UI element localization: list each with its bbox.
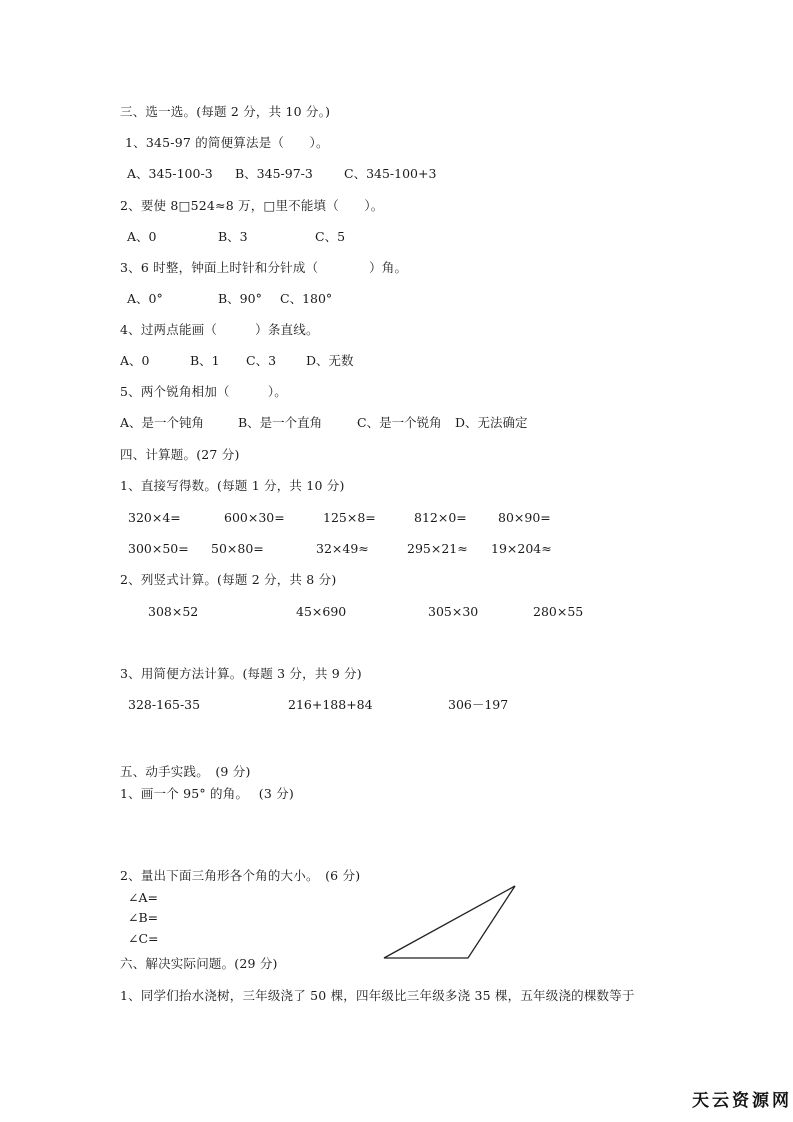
question-3-5: 5、两个锐角相加（ ）。 bbox=[120, 384, 287, 400]
question-3-2: 2、要使 8□524≈8 万，□里不能填（ ）。 bbox=[120, 198, 384, 214]
question-3-1: 1、345-97 的简便算法是（ ）。 bbox=[125, 135, 329, 151]
section4-part3-title: 3、用简便方法计算。(每题 3 分，共 9 分) bbox=[120, 666, 362, 682]
option-3-4-a: A、0 bbox=[120, 353, 149, 369]
option-3-2-c: C、5 bbox=[315, 229, 345, 245]
mental-math-item: 812×0= bbox=[414, 510, 467, 526]
section5-question-1: 1、画一个 95° 的角。 (3 分) bbox=[120, 786, 294, 802]
option-3-3-c: C、180° bbox=[280, 291, 332, 307]
mental-math-item: 600×30= bbox=[224, 510, 285, 526]
simplified-calc-item: 328-165-35 bbox=[128, 697, 200, 713]
option-3-5-c: C、是一个锐角 bbox=[357, 415, 442, 431]
vertical-calc-item: 305×30 bbox=[428, 604, 478, 620]
mental-math-item: 295×21≈ bbox=[407, 541, 468, 557]
section5-heading: 五、动手实践。 (9 分) bbox=[120, 764, 251, 780]
option-3-1-b: B、345-97-3 bbox=[235, 166, 313, 182]
section4-part1-title: 1、直接写得数。(每题 1 分，共 10 分) bbox=[120, 478, 345, 494]
angle-c-label: ∠C= bbox=[128, 931, 159, 947]
section4-part2-title: 2、列竖式计算。(每题 2 分，共 8 分) bbox=[120, 572, 336, 588]
option-3-4-c: C、3 bbox=[246, 353, 276, 369]
simplified-calc-item: 216+188+84 bbox=[288, 697, 373, 713]
angle-a-label: ∠A= bbox=[128, 890, 158, 906]
mental-math-item: 300×50= bbox=[128, 541, 189, 557]
watermark-logo: 天云资源网 bbox=[692, 1086, 792, 1111]
option-3-3-a: A、0° bbox=[127, 291, 163, 307]
option-3-1-a: A、345-100-3 bbox=[127, 166, 213, 182]
vertical-calc-item: 308×52 bbox=[148, 604, 198, 620]
option-3-3-b: B、90° bbox=[218, 291, 262, 307]
question-3-3: 3、6 时整，钟面上时针和分针成（ ）角。 bbox=[120, 260, 407, 276]
option-3-4-d: D、无数 bbox=[306, 353, 354, 369]
option-3-1-c: C、345-100+3 bbox=[344, 166, 436, 182]
mental-math-item: 19×204≈ bbox=[491, 541, 552, 557]
option-3-5-d: D、无法确定 bbox=[455, 415, 528, 431]
option-3-5-a: A、是一个钝角 bbox=[120, 415, 204, 431]
mental-math-item: 50×80= bbox=[211, 541, 264, 557]
section6-question-1: 1、同学们抬水浇树，三年级浇了 50 棵，四年级比三年级多浇 35 棵，五年级浇… bbox=[120, 988, 635, 1004]
angle-b-label: ∠B= bbox=[128, 910, 158, 926]
vertical-calc-item: 45×690 bbox=[296, 604, 346, 620]
mental-math-item: 320×4= bbox=[128, 510, 181, 526]
mental-math-item: 32×49≈ bbox=[316, 541, 369, 557]
section6-heading: 六、解决实际问题。(29 分) bbox=[120, 956, 278, 972]
mental-math-item: 80×90= bbox=[498, 510, 551, 526]
option-3-2-a: A、0 bbox=[127, 229, 156, 245]
mental-math-item: 125×8= bbox=[323, 510, 376, 526]
option-3-2-b: B、3 bbox=[218, 229, 248, 245]
option-3-5-b: B、是一个直角 bbox=[238, 415, 322, 431]
question-3-4: 4、过两点能画（ ）条直线。 bbox=[120, 322, 319, 338]
section5-question-2: 2、量出下面三角形各个角的大小。 (6 分) bbox=[120, 868, 360, 884]
vertical-calc-item: 280×55 bbox=[533, 604, 583, 620]
section3-heading: 三、选一选。(每题 2 分，共 10 分。) bbox=[120, 104, 330, 120]
simplified-calc-item: 306－197 bbox=[448, 697, 508, 713]
section4-heading: 四、计算题。(27 分) bbox=[120, 447, 240, 463]
option-3-4-b: B、1 bbox=[190, 353, 220, 369]
